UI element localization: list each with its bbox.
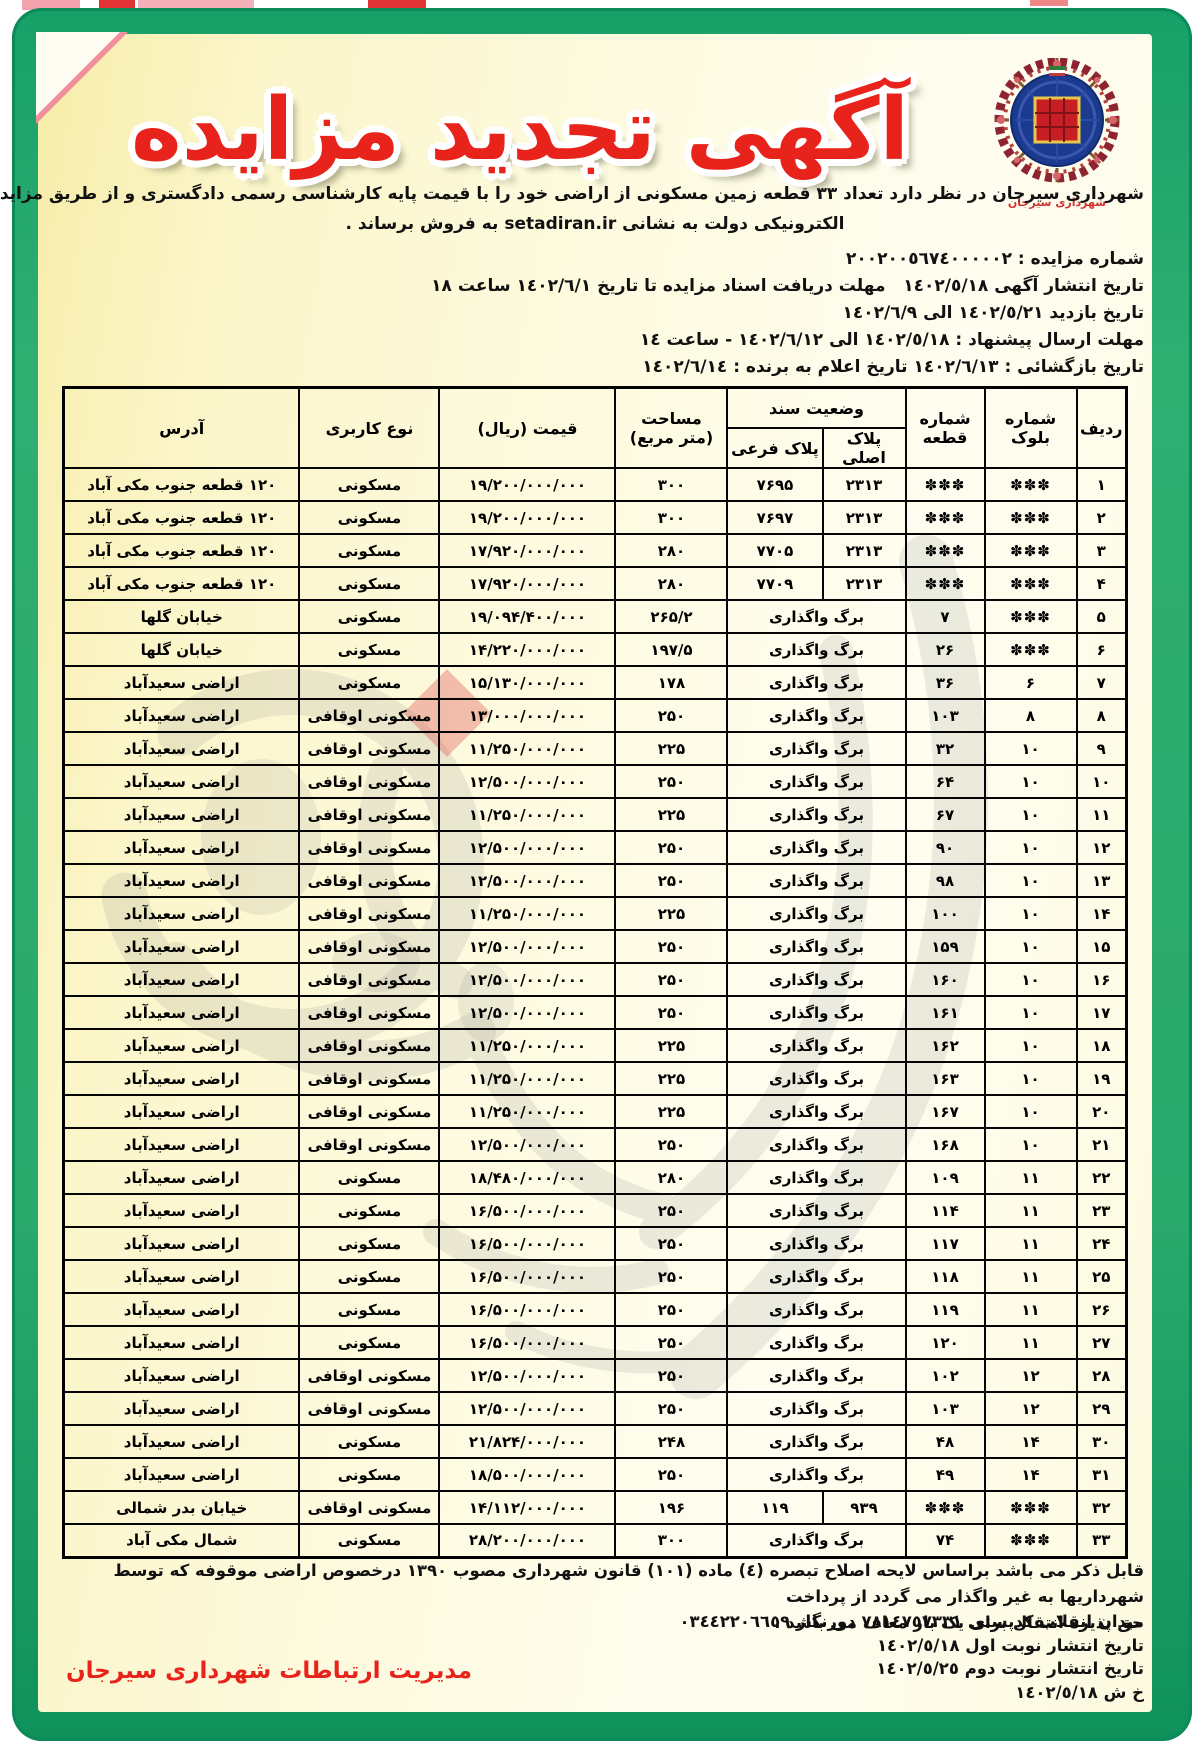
cell-price: ۱۲/۵۰۰/۰۰۰/۰۰۰ — [439, 963, 615, 996]
cell-sub-plaque: ۷۷۰۹ — [727, 567, 822, 600]
cell-usage: مسکونی — [299, 501, 439, 534]
cell-usage: مسکونی — [299, 1260, 439, 1293]
intro-line-2: الکترونیکی دولت به نشانی setadiran.ir به… — [38, 214, 1152, 234]
cell-row-number: ۱۱ — [1077, 798, 1127, 831]
cell-row-number: ۲۵ — [1077, 1260, 1127, 1293]
cell-usage: مسکونی اوقافی — [299, 798, 439, 831]
footer-lines: میدان انقلاب کدپستی ٧٨١٤٧٥٧٣٣١ دورنگار ٠… — [679, 1610, 1144, 1704]
cell-address: اراضی سعیدآباد — [64, 1095, 300, 1128]
cell-usage: مسکونی اوقافی — [299, 1392, 439, 1425]
cell-price: ۱۲/۵۰۰/۰۰۰/۰۰۰ — [439, 996, 615, 1029]
cell-price: ۱۶/۵۰۰/۰۰۰/۰۰۰ — [439, 1227, 615, 1260]
cell-area: ۲۶۵/۲ — [615, 600, 727, 633]
cell-usage: مسکونی اوقافی — [299, 1128, 439, 1161]
cell-usage: مسکونی — [299, 1161, 439, 1194]
header-area-line2: (متر مربع) — [630, 428, 713, 447]
cell-block-number: ۱۲ — [985, 1359, 1077, 1392]
cell-block-number: ۱۰ — [985, 831, 1077, 864]
auction-number-line: شماره مزایده : ٢٠٠٢٠٠٥٦٧٤٠٠٠٠٠٢ — [64, 246, 1144, 273]
cell-block-number: ۱۰ — [985, 996, 1077, 1029]
header-doc-status: وضعیت سند — [727, 388, 905, 429]
cell-plot-number: ✽✽✽ — [906, 1491, 985, 1524]
cell-plot-number: ۷۴ — [906, 1524, 985, 1557]
table-row: ۳✽✽✽✽✽✽۲۳۱۳۷۷۰۵۲۸۰۱۷/۹۲۰/۰۰۰/۰۰۰مسکونی۱۲… — [64, 534, 1127, 567]
cell-block-number: ۱۱ — [985, 1194, 1077, 1227]
cell-row-number: ۷ — [1077, 666, 1127, 699]
cell-block-number: ۱۰ — [985, 1029, 1077, 1062]
cell-usage: مسکونی اوقافی — [299, 1029, 439, 1062]
cell-price: ۱۹/۰۹۴/۴۰۰/۰۰۰ — [439, 600, 615, 633]
cell-price: ۱۲/۵۰۰/۰۰۰/۰۰۰ — [439, 1128, 615, 1161]
cell-usage: مسکونی — [299, 666, 439, 699]
cell-block-number: ✽✽✽ — [985, 468, 1077, 501]
cell-row-number: ۲۳ — [1077, 1194, 1127, 1227]
cell-block-number: ۱۱ — [985, 1227, 1077, 1260]
cell-row-number: ۲ — [1077, 501, 1127, 534]
cell-plot-number: ۱۰۳ — [906, 699, 985, 732]
cell-address: خیابان گلها — [64, 600, 300, 633]
newspaper-auction-notice-page: { "page": { "frame_color": "#2aa96d", "p… — [0, 0, 1202, 1741]
header-sub-plaque: پلاک فرعی — [727, 428, 822, 468]
cell-doc-status: برگ واگذاری — [727, 897, 905, 930]
cell-usage: مسکونی — [299, 1425, 439, 1458]
newsprint-fragment — [368, 0, 426, 8]
cell-row-number: ۲۰ — [1077, 1095, 1127, 1128]
cell-address: اراضی سعیدآباد — [64, 666, 300, 699]
cell-area: ۲۲۵ — [615, 732, 727, 765]
cell-area: ۲۸۰ — [615, 534, 727, 567]
cell-row-number: ۲۲ — [1077, 1161, 1127, 1194]
proposal-deadline-line: مهلت ارسال پیشنهاد : ١٤٠٢/٥/١٨ الی ١٤٠٢/… — [64, 327, 1144, 354]
cell-address: اراضی سعیدآباد — [64, 831, 300, 864]
cell-doc-status: برگ واگذاری — [727, 633, 905, 666]
cell-doc-status: برگ واگذاری — [727, 1425, 905, 1458]
cell-price: ۱۴/۱۱۲/۰۰۰/۰۰۰ — [439, 1491, 615, 1524]
cell-usage: مسکونی — [299, 534, 439, 567]
cell-doc-status: برگ واگذاری — [727, 864, 905, 897]
cell-block-number: ۱۴ — [985, 1425, 1077, 1458]
cell-address: اراضی سعیدآباد — [64, 864, 300, 897]
cell-doc-status: برگ واگذاری — [727, 1524, 905, 1557]
cell-price: ۱۹/۲۰۰/۰۰۰/۰۰۰ — [439, 501, 615, 534]
cell-block-number: ۱۰ — [985, 930, 1077, 963]
notice-paper: شهرداری سیرجان آگهی تجدید مزایده شهرداری… — [38, 34, 1152, 1712]
cell-plot-number: ۱۶۰ — [906, 963, 985, 996]
cell-plot-number: ۳۶ — [906, 666, 985, 699]
table-row: ۲✽✽✽✽✽✽۲۳۱۳۷۶۹۷۳۰۰۱۹/۲۰۰/۰۰۰/۰۰۰مسکونی۱۲… — [64, 501, 1127, 534]
cell-plot-number: ۱۰۹ — [906, 1161, 985, 1194]
cell-plot-number: ۶۴ — [906, 765, 985, 798]
cell-area: ۲۵۰ — [615, 930, 727, 963]
cell-address: اراضی سعیدآباد — [64, 963, 300, 996]
table-row: ۱۷۱۰۱۶۱برگ واگذاری۲۵۰۱۲/۵۰۰/۰۰۰/۰۰۰مسکون… — [64, 996, 1127, 1029]
cell-row-number: ۱۰ — [1077, 765, 1127, 798]
signature: مدیریت ارتباطات شهرداری سیرجان — [66, 1658, 472, 1684]
cell-area: ۲۲۵ — [615, 1095, 727, 1128]
cell-block-number: ۱۰ — [985, 765, 1077, 798]
cell-block-number: ۱۰ — [985, 1128, 1077, 1161]
cell-row-number: ۹ — [1077, 732, 1127, 765]
cell-block-number: ✽✽✽ — [985, 567, 1077, 600]
publish-deadline-line: تاریخ انتشار آگهی ١٤٠٢/٥/١٨ مهلت دریافت … — [64, 273, 1144, 300]
municipality-emblem-icon — [983, 58, 1131, 194]
cell-price: ۱۴/۲۲۰/۰۰۰/۰۰۰ — [439, 633, 615, 666]
cell-main-plaque: ۲۳۱۳ — [823, 534, 906, 567]
header-main-plaque: پلاک اصلی — [823, 428, 906, 468]
cell-block-number: ✽✽✽ — [985, 534, 1077, 567]
table-row: ۲۲۱۱۱۰۹برگ واگذاری۲۸۰۱۸/۴۸۰/۰۰۰/۰۰۰مسکون… — [64, 1161, 1127, 1194]
cell-block-number: ۱۲ — [985, 1392, 1077, 1425]
table-row: ۲۹۱۲۱۰۳برگ واگذاری۲۵۰۱۲/۵۰۰/۰۰۰/۰۰۰مسکون… — [64, 1392, 1127, 1425]
cell-area: ۲۴۸ — [615, 1425, 727, 1458]
cell-doc-status: برگ واگذاری — [727, 798, 905, 831]
cell-price: ۱۱/۲۵۰/۰۰۰/۰۰۰ — [439, 1029, 615, 1062]
cell-plot-number: ✽✽✽ — [906, 501, 985, 534]
cell-doc-status: برگ واگذاری — [727, 666, 905, 699]
auction-table: ردیف شماره بلوک شماره قطعه وضعیت سند مسا… — [62, 386, 1128, 1559]
cell-area: ۲۲۵ — [615, 798, 727, 831]
cell-row-number: ۳۳ — [1077, 1524, 1127, 1557]
cell-plot-number: ۱۶۳ — [906, 1062, 985, 1095]
cell-plot-number: ۱۰۰ — [906, 897, 985, 930]
cell-price: ۱۲/۵۰۰/۰۰۰/۰۰۰ — [439, 1359, 615, 1392]
table-row: ۲۸۱۲۱۰۲برگ واگذاری۲۵۰۱۲/۵۰۰/۰۰۰/۰۰۰مسکون… — [64, 1359, 1127, 1392]
cell-plot-number: ۱۵۹ — [906, 930, 985, 963]
cell-area: ۲۵۰ — [615, 1128, 727, 1161]
header-block-number: شماره بلوک — [985, 388, 1077, 469]
cell-row-number: ۱۴ — [1077, 897, 1127, 930]
cell-block-number: ✽✽✽ — [985, 633, 1077, 666]
cell-block-number: ۱۰ — [985, 963, 1077, 996]
table-row: ۲۴۱۱۱۱۷برگ واگذاری۲۵۰۱۶/۵۰۰/۰۰۰/۰۰۰مسکون… — [64, 1227, 1127, 1260]
cell-doc-status: برگ واگذاری — [727, 1260, 905, 1293]
cell-block-number: ۱۰ — [985, 1095, 1077, 1128]
cell-row-number: ۳۱ — [1077, 1458, 1127, 1491]
cell-area: ۲۵۰ — [615, 996, 727, 1029]
cell-plot-number: ۴۹ — [906, 1458, 985, 1491]
cell-price: ۱۱/۲۵۰/۰۰۰/۰۰۰ — [439, 1095, 615, 1128]
cell-address: اراضی سعیدآباد — [64, 732, 300, 765]
cell-area: ۱۹۶ — [615, 1491, 727, 1524]
cell-block-number: ۶ — [985, 666, 1077, 699]
cell-row-number: ۲۱ — [1077, 1128, 1127, 1161]
cell-price: ۱۲/۵۰۰/۰۰۰/۰۰۰ — [439, 765, 615, 798]
cell-plot-number: ۱۰۲ — [906, 1359, 985, 1392]
cell-address: اراضی سعیدآباد — [64, 1359, 300, 1392]
cell-usage: مسکونی اوقافی — [299, 996, 439, 1029]
cell-doc-status: برگ واگذاری — [727, 699, 905, 732]
cell-doc-status: برگ واگذاری — [727, 765, 905, 798]
table-row: ۱۶۱۰۱۶۰برگ واگذاری۲۵۰۱۲/۵۰۰/۰۰۰/۰۰۰مسکون… — [64, 963, 1127, 996]
cell-block-number: ۱۱ — [985, 1326, 1077, 1359]
cell-doc-status: برگ واگذاری — [727, 1161, 905, 1194]
cell-address: ۱۲۰ قطعه جنوب مکی آباد — [64, 501, 300, 534]
cell-address: اراضی سعیدآباد — [64, 1425, 300, 1458]
cell-price: ۱۶/۵۰۰/۰۰۰/۰۰۰ — [439, 1293, 615, 1326]
cell-address: اراضی سعیدآباد — [64, 1029, 300, 1062]
cell-address: اراضی سعیدآباد — [64, 699, 300, 732]
header-address: آدرس — [64, 388, 300, 469]
cell-doc-status: برگ واگذاری — [727, 732, 905, 765]
cell-address: اراضی سعیدآباد — [64, 1392, 300, 1425]
cell-price: ۱۲/۵۰۰/۰۰۰/۰۰۰ — [439, 831, 615, 864]
cell-area: ۳۰۰ — [615, 501, 727, 534]
cell-area: ۲۵۰ — [615, 1392, 727, 1425]
cell-doc-status: برگ واگذاری — [727, 930, 905, 963]
cell-block-number: ✽✽✽ — [985, 600, 1077, 633]
newsprint-fragment — [1030, 0, 1068, 6]
cell-price: ۱۶/۵۰۰/۰۰۰/۰۰۰ — [439, 1260, 615, 1293]
table-row: ۱۳۱۰۹۸برگ واگذاری۲۵۰۱۲/۵۰۰/۰۰۰/۰۰۰مسکونی… — [64, 864, 1127, 897]
cell-row-number: ۱۳ — [1077, 864, 1127, 897]
cell-block-number: ۱۱ — [985, 1161, 1077, 1194]
cell-row-number: ۳۰ — [1077, 1425, 1127, 1458]
cell-row-number: ۵ — [1077, 600, 1127, 633]
cell-price: ۱۷/۹۲۰/۰۰۰/۰۰۰ — [439, 534, 615, 567]
cell-usage: مسکونی — [299, 1458, 439, 1491]
cell-price: ۱۶/۵۰۰/۰۰۰/۰۰۰ — [439, 1194, 615, 1227]
table-row: ۱۴۱۰۱۰۰برگ واگذاری۲۲۵۱۱/۲۵۰/۰۰۰/۰۰۰مسکون… — [64, 897, 1127, 930]
auction-table-body: ۱✽✽✽✽✽✽۲۳۱۳۷۶۹۵۳۰۰۱۹/۲۰۰/۰۰۰/۰۰۰مسکونی۱۲… — [64, 468, 1127, 1557]
cell-block-number: ۱۰ — [985, 864, 1077, 897]
cell-row-number: ۱۶ — [1077, 963, 1127, 996]
cell-row-number: ۶ — [1077, 633, 1127, 666]
cell-address: اراضی سعیدآباد — [64, 1128, 300, 1161]
table-row: ۲۷۱۱۱۲۰برگ واگذاری۲۵۰۱۶/۵۰۰/۰۰۰/۰۰۰مسکون… — [64, 1326, 1127, 1359]
cell-usage: مسکونی اوقافی — [299, 1359, 439, 1392]
cell-usage: مسکونی اوقافی — [299, 897, 439, 930]
cell-plot-number: ۲۶ — [906, 633, 985, 666]
cell-usage: مسکونی — [299, 1194, 439, 1227]
cell-block-number: ✽✽✽ — [985, 1491, 1077, 1524]
cell-address: اراضی سعیدآباد — [64, 1326, 300, 1359]
table-row: ۷۶۳۶برگ واگذاری۱۷۸۱۵/۱۳۰/۰۰۰/۰۰۰مسکونیار… — [64, 666, 1127, 699]
cell-plot-number: ۹۸ — [906, 864, 985, 897]
cell-price: ۱۱/۲۵۰/۰۰۰/۰۰۰ — [439, 798, 615, 831]
first-publish-date: تاریخ انتشار نوبت اول ١٤٠٢/٥/١٨ — [679, 1634, 1144, 1658]
cell-plot-number: ۴۸ — [906, 1425, 985, 1458]
cell-price: ۱۳/۰۰۰/۰۰۰/۰۰۰ — [439, 699, 615, 732]
cell-row-number: ۲۶ — [1077, 1293, 1127, 1326]
cell-address: اراضی سعیدآباد — [64, 996, 300, 1029]
cell-usage: مسکونی — [299, 1227, 439, 1260]
second-publish-date: تاریخ انتشار نوبت دوم ١٤٠٢/٥/٢٥ — [679, 1657, 1144, 1681]
intro-line-1: شهرداری سیرجان در نظر دارد تعداد ٣٣ قطعه… — [64, 184, 1144, 204]
newsprint-fragment — [99, 0, 135, 8]
cell-plot-number: ۱۱۸ — [906, 1260, 985, 1293]
cell-doc-status: برگ واگذاری — [727, 996, 905, 1029]
cell-doc-status: برگ واگذاری — [727, 831, 905, 864]
cell-address: خیابان گلها — [64, 633, 300, 666]
cell-row-number: ۲۴ — [1077, 1227, 1127, 1260]
cell-address: اراضی سعیدآباد — [64, 930, 300, 963]
header-usage: نوع کاربری — [299, 388, 439, 469]
cell-usage: مسکونی اوقافی — [299, 765, 439, 798]
cell-usage: مسکونی — [299, 1524, 439, 1557]
cell-main-plaque: ۲۳۱۳ — [823, 501, 906, 534]
cell-area: ۱۹۷/۵ — [615, 633, 727, 666]
table-row: ۴✽✽✽✽✽✽۲۳۱۳۷۷۰۹۲۸۰۱۷/۹۲۰/۰۰۰/۰۰۰مسکونی۱۲… — [64, 567, 1127, 600]
cell-block-number: ۱۱ — [985, 1293, 1077, 1326]
cell-usage: مسکونی اوقافی — [299, 732, 439, 765]
visit-dates-line: تاریخ بازدید ١٤٠٢/٥/٢١ الی ١٤٠٢/٦/٩ — [64, 300, 1144, 327]
cell-area: ۲۵۰ — [615, 699, 727, 732]
cell-doc-status: برگ واگذاری — [727, 963, 905, 996]
cell-block-number: ۱۱ — [985, 1260, 1077, 1293]
cell-sub-plaque: ۱۱۹ — [727, 1491, 822, 1524]
table-row: ۱۰۱۰۶۴برگ واگذاری۲۵۰۱۲/۵۰۰/۰۰۰/۰۰۰مسکونی… — [64, 765, 1127, 798]
cell-main-plaque: ۲۳۱۳ — [823, 567, 906, 600]
cell-address: اراضی سعیدآباد — [64, 897, 300, 930]
cell-doc-status: برگ واگذاری — [727, 1392, 905, 1425]
cell-row-number: ۲۷ — [1077, 1326, 1127, 1359]
cell-sub-plaque: ۷۷۰۵ — [727, 534, 822, 567]
table-row: ۱۹۱۰۱۶۳برگ واگذاری۲۲۵۱۱/۲۵۰/۰۰۰/۰۰۰مسکون… — [64, 1062, 1127, 1095]
cell-price: ۱۶/۵۰۰/۰۰۰/۰۰۰ — [439, 1326, 615, 1359]
cell-plot-number: ۱۱۹ — [906, 1293, 985, 1326]
cell-doc-status: برگ واگذاری — [727, 1095, 905, 1128]
reference-code: خ ش ١٤٠٢/٥/١٨ — [679, 1681, 1144, 1705]
cell-plot-number: ۱۱۷ — [906, 1227, 985, 1260]
cell-plot-number: ۱۶۱ — [906, 996, 985, 1029]
table-row: ۲۶۱۱۱۱۹برگ واگذاری۲۵۰۱۶/۵۰۰/۰۰۰/۰۰۰مسکون… — [64, 1293, 1127, 1326]
header-area-line1: مساحت — [641, 409, 702, 428]
cell-area: ۲۲۵ — [615, 897, 727, 930]
cell-area: ۲۵۰ — [615, 1326, 727, 1359]
table-row: ۲۰۱۰۱۶۷برگ واگذاری۲۲۵۱۱/۲۵۰/۰۰۰/۰۰۰مسکون… — [64, 1095, 1127, 1128]
cell-area: ۲۵۰ — [615, 1194, 727, 1227]
cell-address: ۱۲۰ قطعه جنوب مکی آباد — [64, 534, 300, 567]
cell-area: ۲۲۵ — [615, 1029, 727, 1062]
cell-row-number: ۱۲ — [1077, 831, 1127, 864]
cell-row-number: ۱ — [1077, 468, 1127, 501]
cell-area: ۲۵۰ — [615, 765, 727, 798]
cell-block-number: ۱۰ — [985, 897, 1077, 930]
cell-doc-status: برگ واگذاری — [727, 1194, 905, 1227]
cell-usage: مسکونی — [299, 567, 439, 600]
cell-usage: مسکونی — [299, 1293, 439, 1326]
table-row: ۳۲✽✽✽✽✽✽۹۳۹۱۱۹۱۹۶۱۴/۱۱۲/۰۰۰/۰۰۰مسکونی او… — [64, 1491, 1127, 1524]
cell-plot-number: ۶۷ — [906, 798, 985, 831]
cell-address: اراضی سعیدآباد — [64, 1458, 300, 1491]
cell-doc-status: برگ واگذاری — [727, 1458, 905, 1491]
cell-plot-number: ۷ — [906, 600, 985, 633]
legal-note-line1: قابل ذکر می باشد براساس لایحه اصلاح تبصر… — [64, 1558, 1144, 1610]
table-row: ۲۵۱۱۱۱۸برگ واگذاری۲۵۰۱۶/۵۰۰/۰۰۰/۰۰۰مسکون… — [64, 1260, 1127, 1293]
cell-area: ۲۵۰ — [615, 1227, 727, 1260]
header-area: مساحت (متر مربع) — [615, 388, 727, 469]
cell-address: اراضی سعیدآباد — [64, 765, 300, 798]
cell-price: ۱۲/۵۰۰/۰۰۰/۰۰۰ — [439, 1392, 615, 1425]
auction-details: شماره مزایده : ٢٠٠٢٠٠٥٦٧٤٠٠٠٠٠٢ تاریخ ان… — [64, 246, 1144, 381]
table-row: ۲۳۱۱۱۱۴برگ واگذاری۲۵۰۱۶/۵۰۰/۰۰۰/۰۰۰مسکون… — [64, 1194, 1127, 1227]
cell-price: ۱۲/۵۰۰/۰۰۰/۰۰۰ — [439, 864, 615, 897]
cell-main-plaque: ۲۳۱۳ — [823, 468, 906, 501]
cell-price: ۲۱/۸۲۴/۰۰۰/۰۰۰ — [439, 1425, 615, 1458]
table-row: ۶✽✽✽۲۶برگ واگذاری۱۹۷/۵۱۴/۲۲۰/۰۰۰/۰۰۰مسکو… — [64, 633, 1127, 666]
cell-plot-number: ✽✽✽ — [906, 468, 985, 501]
cell-usage: مسکونی — [299, 633, 439, 666]
cell-row-number: ۴ — [1077, 567, 1127, 600]
cell-doc-status: برگ واگذاری — [727, 1029, 905, 1062]
table-row: ۱۵۱۰۱۵۹برگ واگذاری۲۵۰۱۲/۵۰۰/۰۰۰/۰۰۰مسکون… — [64, 930, 1127, 963]
cell-price: ۱۲/۵۰۰/۰۰۰/۰۰۰ — [439, 930, 615, 963]
cell-plot-number: ۱۲۰ — [906, 1326, 985, 1359]
cell-address: اراضی سعیدآباد — [64, 1194, 300, 1227]
cell-block-number: ✽✽✽ — [985, 1524, 1077, 1557]
cell-block-number: ۸ — [985, 699, 1077, 732]
cell-plot-number: ✽✽✽ — [906, 567, 985, 600]
cell-doc-status: برگ واگذاری — [727, 1359, 905, 1392]
cell-usage: مسکونی — [299, 600, 439, 633]
table-row: ۸۸۱۰۳برگ واگذاری۲۵۰۱۳/۰۰۰/۰۰۰/۰۰۰مسکونی … — [64, 699, 1127, 732]
cell-usage: مسکونی — [299, 1326, 439, 1359]
cell-usage: مسکونی اوقافی — [299, 930, 439, 963]
cell-plot-number: ۱۶۷ — [906, 1095, 985, 1128]
contact-address-line: میدان انقلاب کدپستی ٧٨١٤٧٥٧٣٣١ دورنگار ٠… — [679, 1610, 1144, 1634]
cell-address: اراضی سعیدآباد — [64, 1161, 300, 1194]
cell-usage: مسکونی — [299, 468, 439, 501]
cell-price: ۲۸/۲۰۰/۰۰۰/۰۰۰ — [439, 1524, 615, 1557]
opening-date-line: تاریخ بازگشائی : ١٤٠٢/٦/١٣ تاریخ اعلام ب… — [64, 354, 1144, 381]
cell-area: ۲۵۰ — [615, 1458, 727, 1491]
table-row: ۱۲۱۰۹۰برگ واگذاری۲۵۰۱۲/۵۰۰/۰۰۰/۰۰۰مسکونی… — [64, 831, 1127, 864]
cell-block-number: ۱۰ — [985, 798, 1077, 831]
cell-plot-number: ✽✽✽ — [906, 534, 985, 567]
header-row-number: ردیف — [1077, 388, 1127, 469]
cell-row-number: ۲۹ — [1077, 1392, 1127, 1425]
cell-sub-plaque: ۷۶۹۷ — [727, 501, 822, 534]
cell-row-number: ۱۸ — [1077, 1029, 1127, 1062]
cell-area: ۲۵۰ — [615, 1260, 727, 1293]
cell-address: اراضی سعیدآباد — [64, 1227, 300, 1260]
cell-usage: مسکونی اوقافی — [299, 1062, 439, 1095]
auction-table-header: ردیف شماره بلوک شماره قطعه وضعیت سند مسا… — [64, 388, 1127, 469]
cell-address: اراضی سعیدآباد — [64, 798, 300, 831]
table-row: ۳۳✽✽✽۷۴برگ واگذاری۳۰۰۲۸/۲۰۰/۰۰۰/۰۰۰مسکون… — [64, 1524, 1127, 1557]
cell-doc-status: برگ واگذاری — [727, 1128, 905, 1161]
cell-usage: مسکونی اوقافی — [299, 963, 439, 996]
cell-area: ۲۵۰ — [615, 1359, 727, 1392]
cell-main-plaque: ۹۳۹ — [823, 1491, 906, 1524]
cell-area: ۱۷۸ — [615, 666, 727, 699]
cell-address: اراضی سعیدآباد — [64, 1293, 300, 1326]
cell-plot-number: ۱۰۳ — [906, 1392, 985, 1425]
cell-price: ۱۱/۲۵۰/۰۰۰/۰۰۰ — [439, 897, 615, 930]
cell-area: ۲۵۰ — [615, 831, 727, 864]
table-row: ۳۱۱۴۴۹برگ واگذاری۲۵۰۱۸/۵۰۰/۰۰۰/۰۰۰مسکونی… — [64, 1458, 1127, 1491]
cell-row-number: ۲۸ — [1077, 1359, 1127, 1392]
header-price: قیمت (ریال) — [439, 388, 615, 469]
cell-area: ۳۰۰ — [615, 468, 727, 501]
cell-area: ۲۵۰ — [615, 1293, 727, 1326]
cell-address: خیابان بدر شمالی — [64, 1491, 300, 1524]
cell-price: ۱۱/۲۵۰/۰۰۰/۰۰۰ — [439, 732, 615, 765]
cell-row-number: ۱۹ — [1077, 1062, 1127, 1095]
cell-price: ۱۵/۱۳۰/۰۰۰/۰۰۰ — [439, 666, 615, 699]
cell-usage: مسکونی اوقافی — [299, 864, 439, 897]
page-title: آگهی تجدید مزایده — [38, 83, 962, 178]
cell-price: ۱۸/۵۰۰/۰۰۰/۰۰۰ — [439, 1458, 615, 1491]
table-row: ۲۱۱۰۱۶۸برگ واگذاری۲۵۰۱۲/۵۰۰/۰۰۰/۰۰۰مسکون… — [64, 1128, 1127, 1161]
cell-area: ۲۵۰ — [615, 963, 727, 996]
cell-address: شمال مکی آباد — [64, 1524, 300, 1557]
cell-address: اراضی سعیدآباد — [64, 1260, 300, 1293]
cell-block-number: ۱۰ — [985, 1062, 1077, 1095]
cell-usage: مسکونی اوقافی — [299, 831, 439, 864]
cell-address: ۱۲۰ قطعه جنوب مکی آباد — [64, 468, 300, 501]
cell-address: ۱۲۰ قطعه جنوب مکی آباد — [64, 567, 300, 600]
